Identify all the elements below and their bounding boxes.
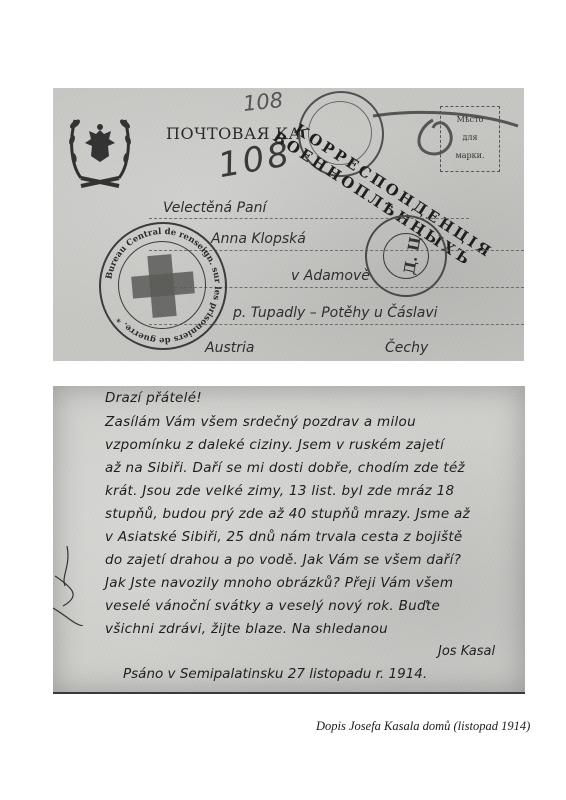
military-postmark: Д. Ц. (365, 215, 447, 297)
stamp-placeholder-box: Мѣсто для марки. (440, 106, 500, 172)
postcard-front: ПОЧТОВАЯ КА 108 108 Мѣсто для марки. КОР… (53, 88, 524, 361)
address-name: Anna Klopská (211, 231, 306, 247)
imperial-eagle-emblem-icon (67, 110, 133, 190)
letter-line: Zasílám Vám všem srdečný pozdrav a milou (105, 414, 416, 430)
letter-place-date: Psáno v Semipalatinsku 27 listopadu r. 1… (123, 666, 427, 682)
stamp-box-label-3: марки. (441, 151, 499, 160)
margin-pen-mark (53, 546, 93, 626)
red-cross-stamp-text: Bureau Central de renseign. sur les pris… (104, 227, 222, 345)
letter-line: do zajetí drahou a po vodě. Jak Vám se v… (105, 552, 461, 568)
letter-line: vzpomínku z daleké ciziny. Jsem v ruském… (105, 437, 444, 453)
stamp-box-label-2: для (441, 133, 499, 142)
letter-line: Jak Jste navozily mnoho obrázků? Přeji V… (105, 575, 453, 591)
letter-greeting: Drazí přátelé! (105, 390, 202, 406)
address-village: v Adamově (291, 268, 370, 284)
letter-line: všichni zdrávi, žijte blaze. Na shledano… (105, 621, 388, 637)
letter-line: veselé vánoční svátky a veselý nový rok.… (105, 598, 440, 614)
figure-caption: Dopis Josefa Kasala domů (listopad 1914) (316, 719, 530, 734)
postcard-back: Drazí přátelé! Zasílám Vám všem srdečný … (53, 386, 525, 694)
address-region: Čechy (385, 340, 428, 356)
stamp-box-label-1: Мѣсто (441, 115, 499, 124)
letter-line: stupňů, budou prý zde až 40 stupňů mrazy… (105, 506, 470, 522)
letter-line: krát. Jsou zde velké zimy, 13 list. byl … (105, 483, 454, 499)
red-cross-bureau-stamp: Bureau Central de renseign. sur les pris… (99, 222, 227, 350)
address-salutation: Velectěná Paní (163, 200, 266, 216)
pencil-number: 108 (242, 88, 284, 116)
letter-line: až na Sibiři. Daří se mi dosti dobře, ch… (105, 460, 465, 476)
address-post-office: p. Tupadly – Potěhy u Čáslavi (233, 305, 438, 321)
letter-line: v Asiatské Sibiři, 25 dnů nám trvala ces… (105, 529, 463, 545)
letter-signature: Jos Kasal (438, 644, 495, 659)
svg-text:Bureau Central de renseign. su: Bureau Central de renseign. sur les pris… (104, 227, 222, 345)
